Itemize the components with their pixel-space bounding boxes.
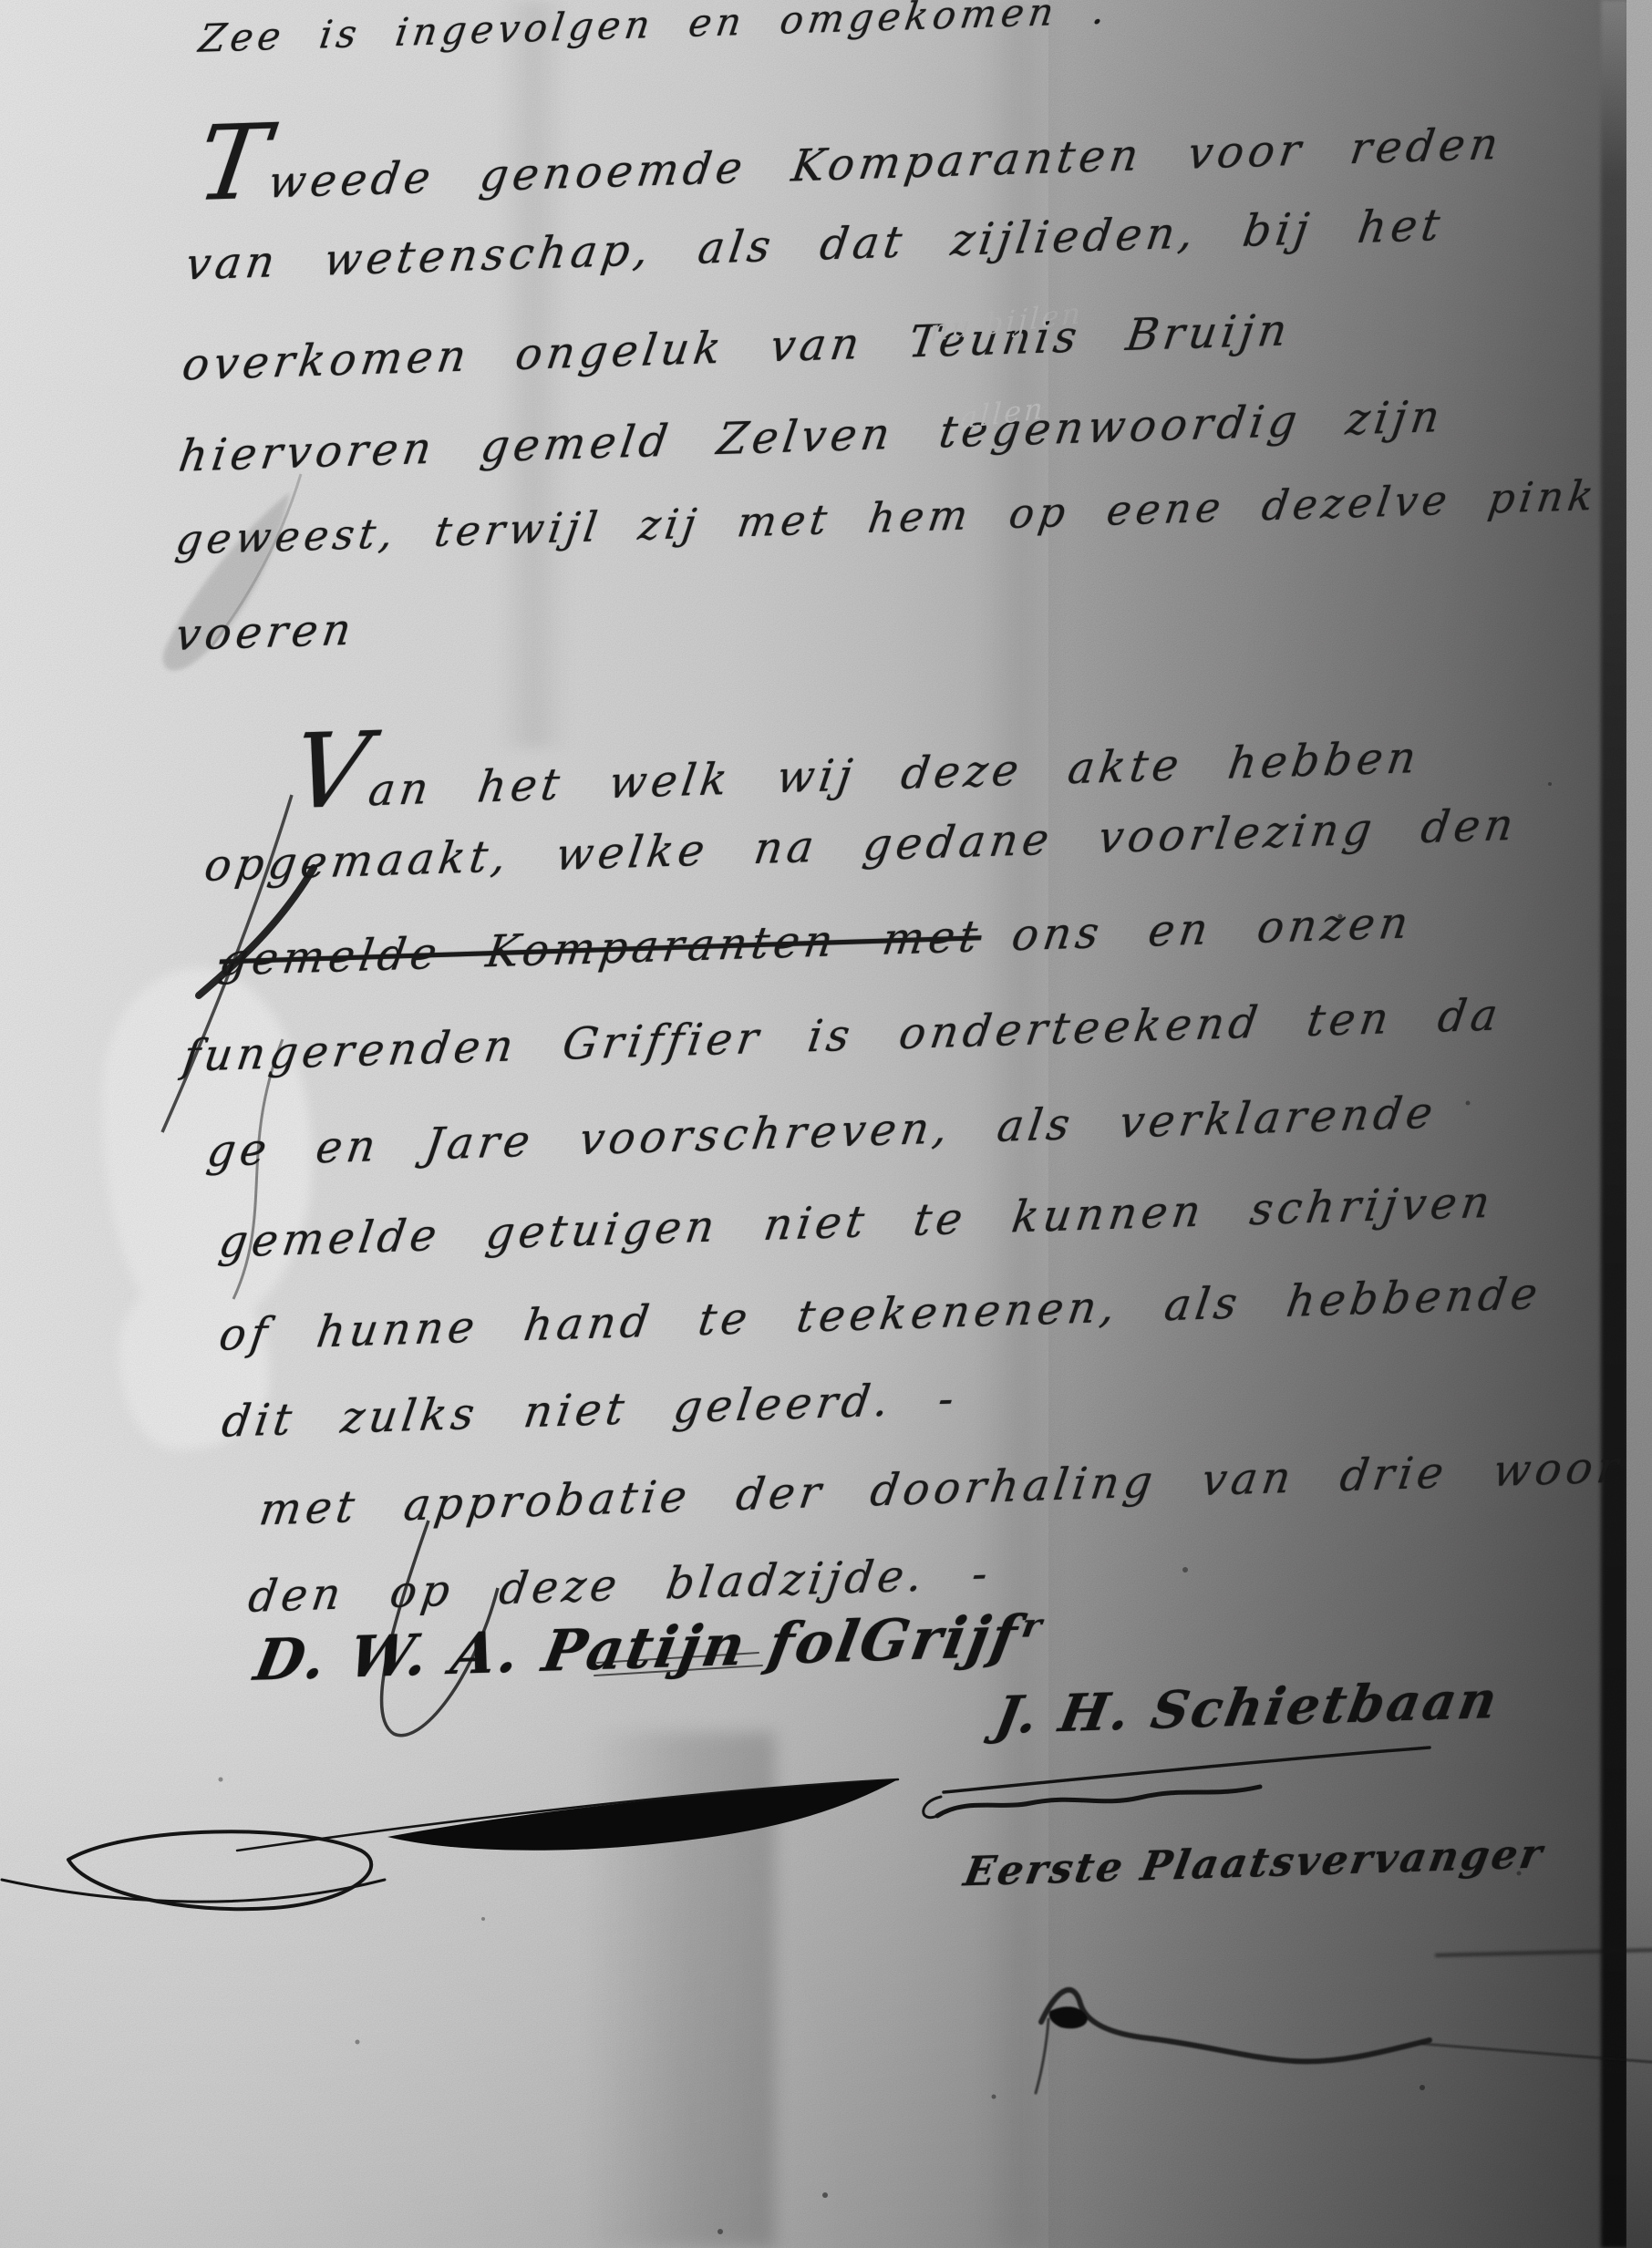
manuscript-line: gemelde getuigen niet te kunnen schrijve… [216,1177,1498,1268]
manuscript-line: Van het welk wij deze akte hebben [286,700,1428,819]
manuscript-line: Zee is ingevolgen en omgekomen . [196,0,1112,61]
manuscript-line: Tweede genoemde Komparanten voor reden [191,87,1510,211]
struck-words: gemelde Komparanten met [216,911,985,986]
manuscript-line-with-strikethrough: gemelde Komparanten metons en onzen [216,897,1416,985]
manuscript-line: fungerenden Griffier is onderteekend ten… [180,989,1505,1082]
manuscript-line: ge en Jare voorschreven, als verklarende [204,1088,1440,1178]
manuscript-line: hiervoren gemeld Zelven tegenwoordig zij… [176,391,1448,482]
line-remainder: ons en onzen [1008,897,1416,961]
manuscript-text-block: Zee is ingevolgen en omgekomen . Tweede … [0,0,1652,2248]
manuscript-line: dit zulks niet geleerd. - [219,1373,962,1448]
manuscript-line: of hunne hand te teekenenen, als hebbend… [216,1268,1545,1361]
signature-right: J. H. Schietbaan [991,1670,1504,1747]
manuscript-line: overkomen ongeluk van Teunis Bruijn [180,304,1295,390]
manuscript-line: met approbatie der doorhaling van drie w… [256,1441,1626,1535]
signature-right-role: Eerste Plaatsvervanger [960,1830,1548,1895]
manuscript-line: voeren [172,604,359,661]
manuscript-line: geweest, terwijl zij met hem op eene dez… [173,471,1602,564]
manuscript-line: van wetenschap, als dat zijlieden, bij h… [182,200,1448,291]
manuscript-scan-page: Zee is ingevolgen en omgekomen . Tweede … [0,0,1652,2248]
